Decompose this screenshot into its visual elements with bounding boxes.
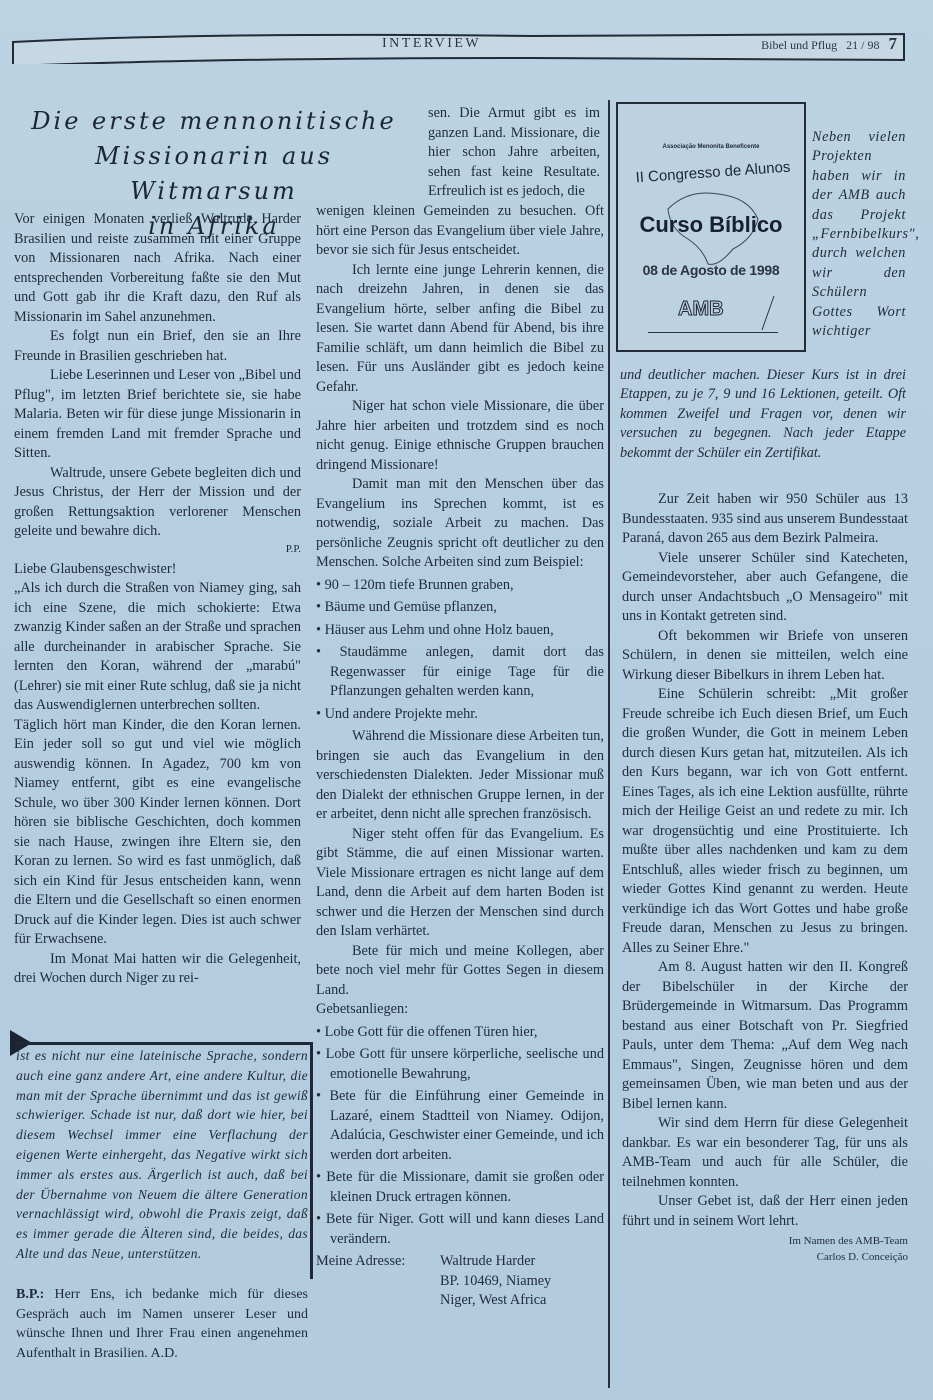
page-number: 7: [889, 34, 898, 53]
column-1: Vor einigen Monaten verließ Waltrude Har…: [14, 210, 301, 989]
poster-date: 08 de Agosto de 1998: [618, 262, 804, 278]
amb-paragraph: Zur Zeit haben wir 950 Schüler aus 13 Bu…: [622, 490, 908, 549]
address-lines: Waltrude Harder BP. 10469, Niamey Niger,…: [440, 1252, 551, 1311]
magazine-page: INTERVIEW Bibel und Pflug 21 / 98 7 Die …: [0, 0, 933, 1400]
address-line: BP. 10469, Niamey: [440, 1272, 551, 1292]
address-label: Meine Adresse:: [316, 1252, 440, 1311]
intro-paragraph: Waltrude, unsere Gebete begleiten dich u…: [14, 464, 301, 542]
intro-paragraph: Vor einigen Monaten verließ Waltrude Har…: [14, 210, 301, 327]
letter-paragraph: Während die Missionare diese Arbeiten tu…: [316, 727, 604, 825]
address-line: Niger, West Africa: [440, 1291, 551, 1311]
amb-paragraph: Wir sind dem Herrn für diese Gelegenheit…: [622, 1114, 908, 1192]
poster-course: Curso Bíblico: [618, 212, 804, 238]
letter-paragraph: „Als ich durch die Straßen von Niamey gi…: [14, 579, 301, 716]
work-example-item: • Häuser aus Lehm und ohne Holz bauen,: [316, 621, 604, 641]
letter-paragraph: sen. Die Armut gibt es im ganzen Land. M…: [428, 104, 600, 202]
title-line: Die erste mennonitische: [14, 104, 414, 139]
interviewer-label: B.P.:: [16, 1287, 44, 1302]
prayer-heading: Gebetsanliegen:: [316, 1000, 604, 1020]
work-example-item: • Staudämme anlegen, damit dort das Rege…: [316, 643, 604, 702]
interview-quote: ist es nicht nur eine lateinische Sprach…: [16, 1046, 308, 1264]
letter-paragraph: Täglich hört man Kinder, die den Koran l…: [14, 716, 301, 950]
prayer-item: • Bete für die Einführung einer Gemeinde…: [316, 1087, 604, 1165]
congress-poster-image: Associação Menonita Beneficente II Congr…: [616, 102, 806, 352]
prayer-item: • Bete für die Missionare, damit sie gro…: [316, 1168, 604, 1207]
letter-paragraph: wenigen kleinen Gemeinden zu besuchen. O…: [316, 202, 604, 261]
amb-paragraph: Viele unserer Schüler sind Katecheten, G…: [622, 549, 908, 627]
letter-salutation: Liebe Glaubensgeschwister!: [14, 560, 301, 580]
interview-closing-text: Herr Ens, ich bedanke mich für dieses Ge…: [16, 1287, 308, 1361]
intro-paragraph: Es folgt nun ein Brief, den sie an Ihre …: [14, 327, 301, 366]
address-line: Waltrude Harder: [440, 1252, 551, 1272]
letter-paragraph: Im Monat Mai hatten wir die Gelegenheit,…: [14, 950, 301, 989]
letter-paragraph: Ich lernte eine junge Lehrerin kennen, d…: [316, 261, 604, 398]
amb-signature: Im Namen des AMB-Team Carlos D. Conceiçã…: [622, 1233, 908, 1265]
work-example-item: • Bäume und Gemüse pflanzen,: [316, 598, 604, 618]
address-block: Meine Adresse: Waltrude Harder BP. 10469…: [316, 1252, 604, 1311]
column-3: Zur Zeit haben wir 950 Schüler aus 13 Bu…: [622, 490, 908, 1265]
amb-paragraph: Oft bekommen wir Briefe von unseren Schü…: [622, 627, 908, 686]
column-divider: [608, 100, 610, 1388]
poster-association: Associação Menonita Beneficente: [618, 144, 804, 150]
publication-name: Bibel und Pflug: [761, 38, 837, 52]
signature-line: Carlos D. Conceição: [817, 1251, 908, 1263]
interview-closing: B.P.: Herr Ens, ich bedanke mich für die…: [16, 1285, 308, 1363]
letter-paragraph: Bete für mich und meine Kollegen, aber b…: [316, 942, 604, 1001]
issue-number: 21 / 98: [846, 38, 879, 52]
column-2-top: sen. Die Armut gibt es im ganzen Land. M…: [428, 104, 600, 202]
pen-stroke-icon: [758, 294, 778, 334]
amb-paragraph: Eine Schülerin schreibt: „Mit großer Fre…: [622, 685, 908, 958]
title-line: Missionarin aus Witmarsum: [14, 139, 414, 209]
letter-paragraph: Niger steht offen für das Evangelium. Es…: [316, 825, 604, 942]
amb-intro-italic: Neben vielen Projekten haben wir in der …: [812, 128, 906, 341]
amb-intro-italic-cont: und deutlicher machen. Dieser Kurs ist i…: [620, 366, 906, 463]
poster-logo: AMB: [678, 298, 724, 321]
prayer-item: • Lobe Gott für die offenen Türen hier,: [316, 1023, 604, 1043]
work-example-item: • 90 – 120m tiefe Brunnen graben,: [316, 576, 604, 596]
column-2: wenigen kleinen Gemeinden zu besuchen. O…: [316, 202, 604, 1311]
amb-paragraph: Am 8. August hatten wir den II. Kongreß …: [622, 958, 908, 1114]
prayer-item: • Bete für Niger. Gott will und kann die…: [316, 1210, 604, 1249]
section-title: INTERVIEW: [382, 36, 481, 52]
letter-paragraph: Damit man mit den Menschen über das Evan…: [316, 475, 604, 573]
amb-paragraph: Unser Gebet ist, daß der Herr einen jede…: [622, 1192, 908, 1231]
letter-paragraph: Niger hat schon viele Missionare, die üb…: [316, 397, 604, 475]
poster-underline: [648, 332, 778, 333]
work-example-item: • Und andere Projekte mehr.: [316, 705, 604, 725]
intro-paragraph: Liebe Leserinnen und Leser von „Bibel un…: [14, 366, 301, 464]
prayer-item: • Lobe Gott für unsere körperliche, seel…: [316, 1045, 604, 1084]
page-header: INTERVIEW Bibel und Pflug 21 / 98 7: [12, 30, 905, 64]
header-meta: Bibel und Pflug 21 / 98 7: [761, 34, 897, 54]
intro-signature: P.P.: [14, 542, 301, 556]
signature-line: Im Namen des AMB-Team: [789, 1235, 908, 1247]
